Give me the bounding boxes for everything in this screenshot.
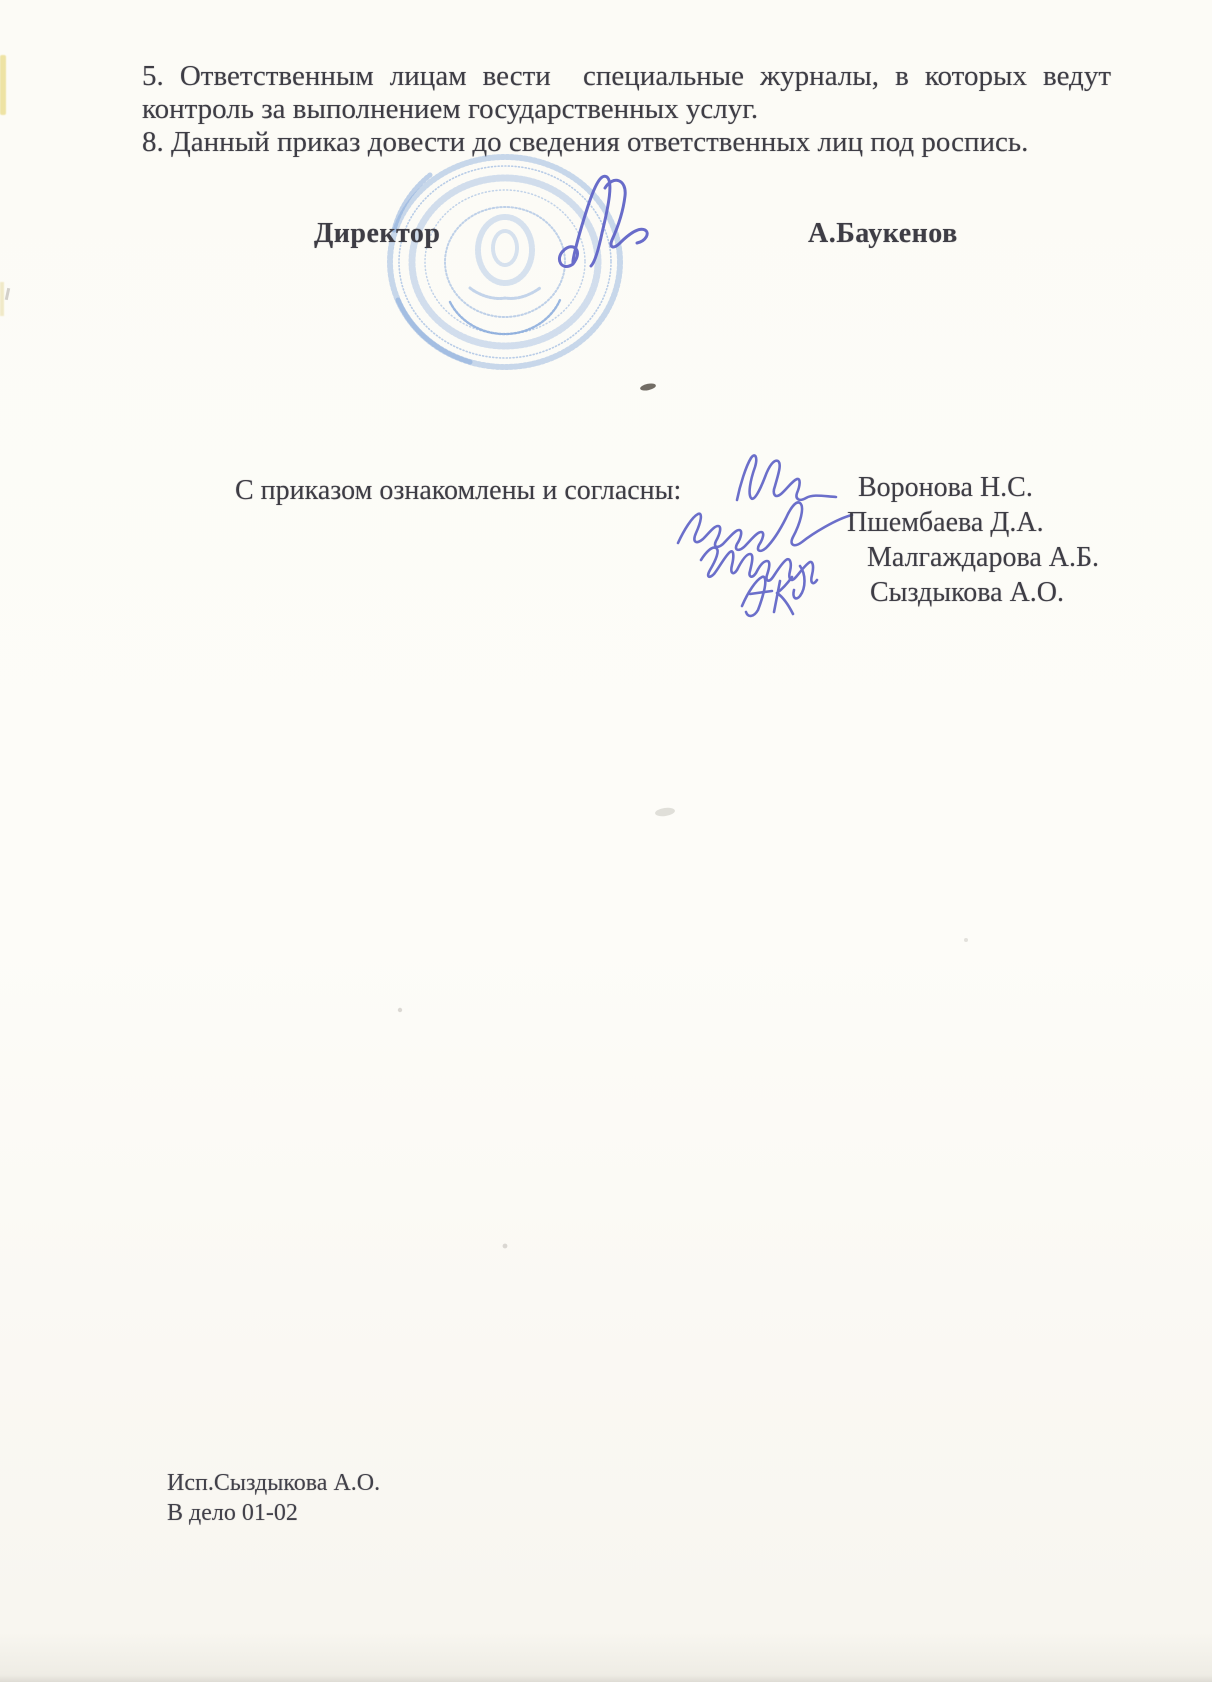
- acknowledgement-signatures: [678, 455, 852, 616]
- paragraph-8: 8. Данный приказ довести до сведения отв…: [142, 126, 1111, 159]
- director-name: А.Баукенов: [808, 218, 958, 250]
- ack-name-voronova: Воронова Н.С.: [858, 472, 1099, 507]
- ack-name-syzdykova: Сыздыкова А.О.: [870, 577, 1099, 612]
- ack-name-malgazhdarova: Малгаждарова А.Б.: [867, 542, 1099, 577]
- paragraph-5-line-1: 5. Ответственным лицам вести специальные…: [142, 60, 1111, 93]
- executor-note: Исп.Сыздыкова А.О.: [167, 1468, 380, 1498]
- ack-name-pshembaeva: Пшембаева Д.А.: [847, 507, 1099, 542]
- paper-edge-gray-tick: [5, 288, 10, 300]
- director-title: Директор: [314, 218, 441, 250]
- round-seal-stamp: [390, 157, 620, 367]
- stamp-and-signatures-overlay: [0, 0, 1212, 1682]
- paragraph-5-line-2: контроль за выполнением государственных …: [142, 93, 1111, 126]
- signature-voronova: [737, 455, 836, 500]
- signature-syzdykova: [742, 577, 765, 616]
- acknowledgement-names-list: Воронова Н.С. Пшембаева Д.А. Малгаждаров…: [847, 472, 1099, 612]
- paper-edge-yellow-streak-2: [0, 282, 4, 316]
- director-signature: [559, 176, 647, 266]
- paper-bottom-edge-shadow: [0, 1675, 1212, 1682]
- acknowledgement-label: С приказом ознакомлены и согласны:: [235, 475, 681, 507]
- signature-pshembaeva: [678, 502, 852, 550]
- signature-malgazhdarova: [701, 548, 817, 584]
- paper-edge-yellow-streak: [0, 55, 6, 115]
- order-paragraphs: 5. Ответственным лицам вести специальные…: [142, 60, 1111, 159]
- footer-block: Исп.Сыздыкова А.О. В дело 01-02: [167, 1468, 380, 1528]
- scanned-document-page: 5. Ответственным лицам вести специальные…: [0, 0, 1212, 1682]
- file-note: В дело 01-02: [167, 1498, 380, 1528]
